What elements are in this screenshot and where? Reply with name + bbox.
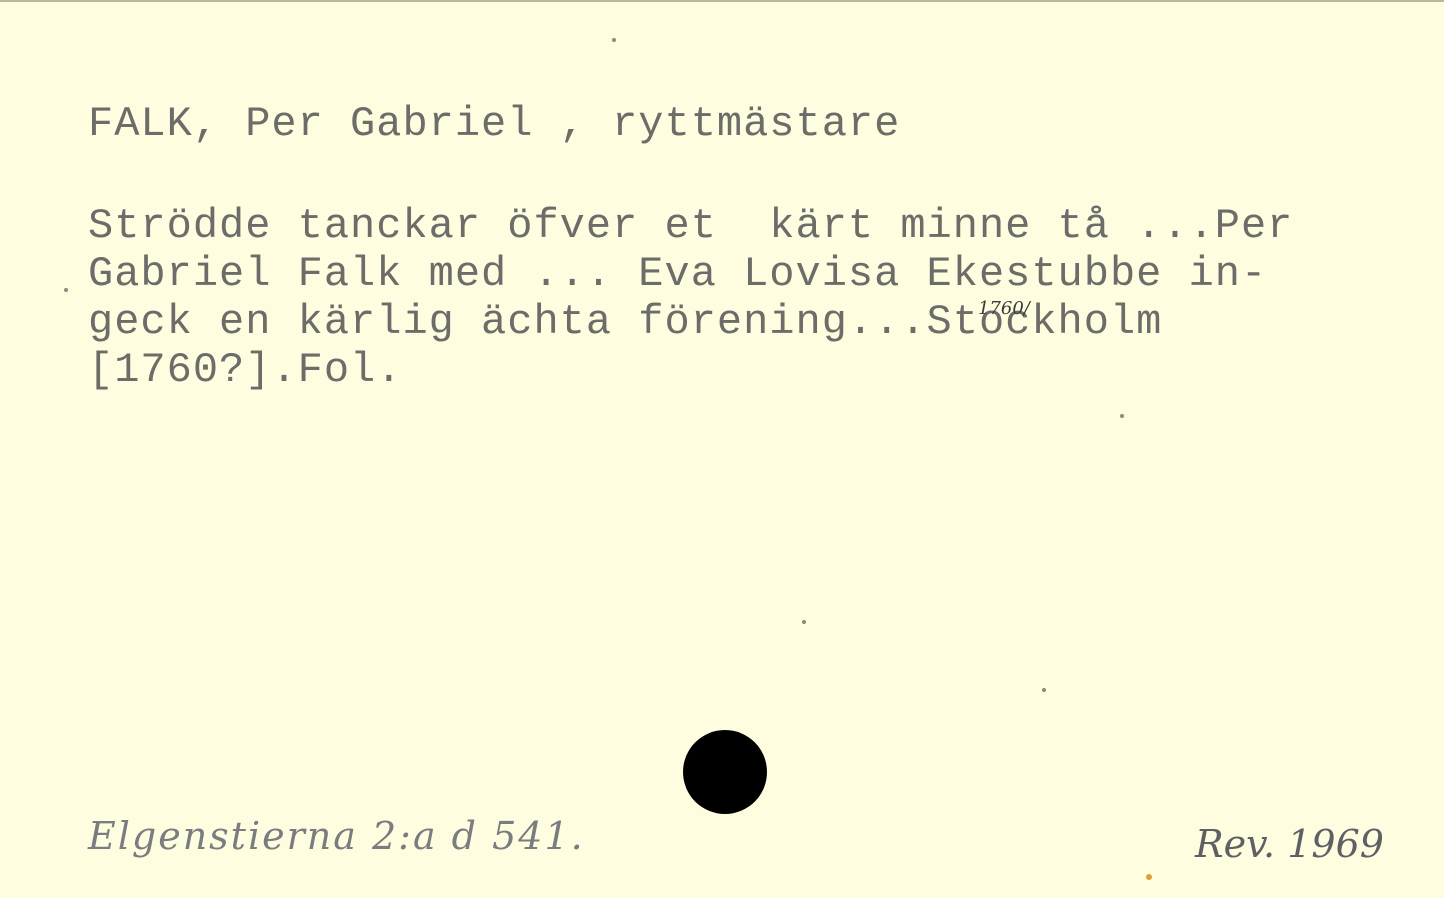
revision-note: Rev. 1969 (1195, 822, 1384, 866)
catalog-card: FALK, Per Gabriel , ryttmästare Strödde … (0, 0, 1444, 898)
speck (1042, 688, 1046, 692)
handwritten-year-annotation: 1760/ (978, 298, 1030, 319)
speck (64, 288, 68, 292)
speck (612, 38, 616, 42)
card-heading: FALK, Per Gabriel , ryttmästare (88, 100, 900, 148)
title-line-1: Strödde tanckar öfver et kärt minne tå .… (88, 202, 1293, 250)
title-line-4: [1760?].Fol. (88, 346, 402, 394)
speck (802, 620, 806, 624)
punch-hole (683, 730, 767, 814)
speck (1146, 874, 1152, 880)
speck (1120, 414, 1124, 418)
source-reference: Elgenstierna 2:a d 541. (88, 814, 585, 858)
title-line-2: Gabriel Falk med ... Eva Lovisa Ekestubb… (88, 250, 1267, 298)
